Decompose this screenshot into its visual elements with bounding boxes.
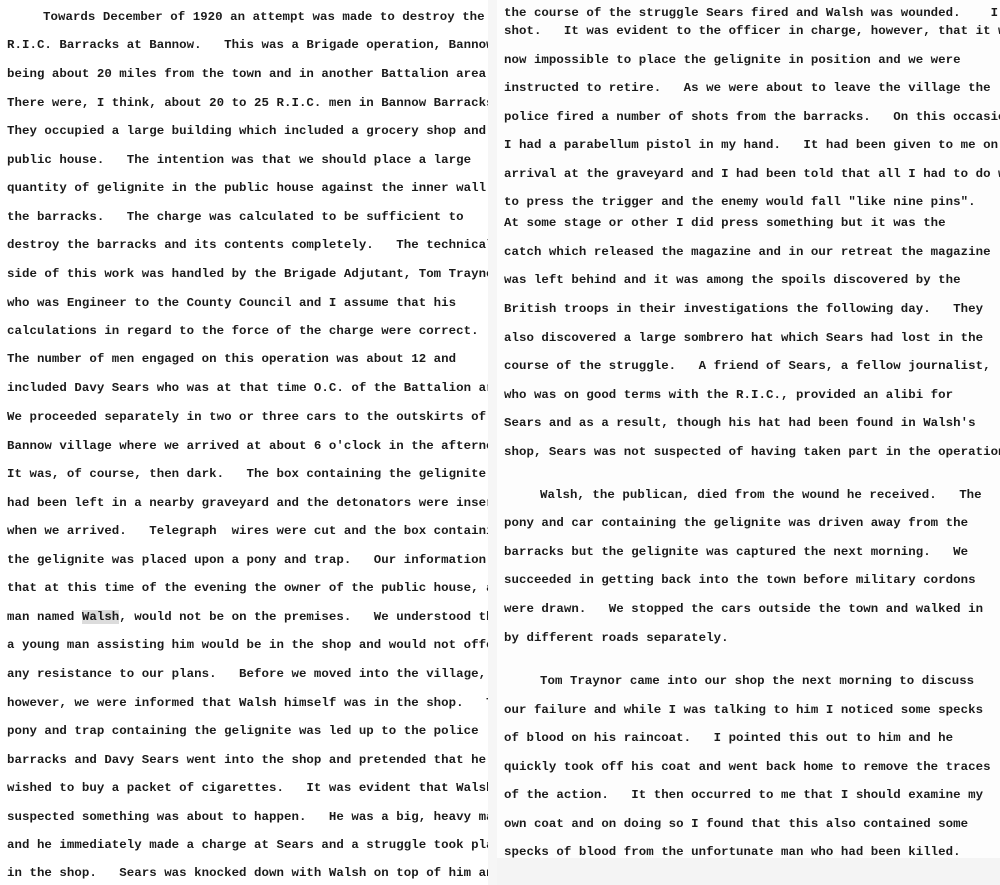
text-line: the gelignite was placed upon a pony and… (7, 551, 509, 569)
text-line: by different roads separately. (504, 629, 729, 647)
text-line: wished to buy a packet of cigarettes. It… (7, 779, 494, 797)
text-line: I had a parabellum pistol in my hand. It… (504, 136, 998, 154)
text-line: a young man assisting him would be in th… (7, 636, 501, 654)
text-line: side of this work was handled by the Bri… (7, 265, 509, 283)
text-line: Sears and as a result, though his hat ha… (504, 414, 976, 432)
text-line: in the shop. Sears was knocked down with… (7, 864, 516, 882)
text-line: They occupied a large building which inc… (7, 122, 486, 140)
page-bottom-margin (497, 858, 1000, 885)
text-line: own coat and on doing so I found that th… (504, 815, 968, 833)
text-line: of the action. It then occurred to me th… (504, 786, 983, 804)
text-line: At some stage or other I did press somet… (504, 214, 946, 232)
text-line: Bannow village where we arrived at about… (7, 437, 509, 455)
text-line: succeeded in getting back into the town … (504, 571, 976, 589)
text-line: when we arrived. Telegraph wires were cu… (7, 522, 509, 540)
text-line: pony and car containing the gelignite wa… (504, 514, 968, 532)
document-page-right: the course of the struggle Sears fired a… (497, 0, 1000, 860)
text-line: that at this time of the evening the own… (7, 579, 494, 597)
text-line: the course of the struggle Sears fired a… (504, 4, 998, 22)
text-line: It was, of course, then dark. The box co… (7, 465, 486, 483)
text-segment: man named (7, 610, 82, 624)
text-line: Towards December of 1920 an attempt was … (43, 8, 485, 26)
text-line: There were, I think, about 20 to 25 R.I.… (7, 94, 501, 112)
column-gutter (488, 0, 497, 885)
text-line: however, we were informed that Walsh him… (7, 694, 509, 712)
text-line: also discovered a large sombrero hat whi… (504, 329, 983, 347)
text-line: quantity of gelignite in the public hous… (7, 179, 509, 197)
text-line: barracks and Davy Sears went into the sh… (7, 751, 486, 769)
text-line: who was on good terms with the R.I.C., p… (504, 386, 953, 404)
text-line: calculations in regard to the force of t… (7, 322, 479, 340)
text-line: and he immediately made a charge at Sear… (7, 836, 509, 854)
text-line: suspected something was about to happen.… (7, 808, 501, 826)
text-line: We proceeded separately in two or three … (7, 408, 486, 426)
document-page-left: Towards December of 1920 an attempt was … (0, 0, 490, 885)
text-line: to press the trigger and the enemy would… (504, 193, 976, 211)
text-line: quickly took off his coat and went back … (504, 758, 991, 776)
text-line: British troops in their investigations t… (504, 300, 983, 318)
text-line: barracks but the gelignite was captured … (504, 543, 968, 561)
text-line: police fired a number of shots from the … (504, 108, 1000, 126)
text-segment: , would not be on the premises. We under… (119, 610, 508, 624)
text-line: arrival at the graveyard and I had been … (504, 165, 1000, 183)
text-line: being about 20 miles from the town and i… (7, 65, 494, 83)
text-line: had been left in a nearby graveyard and … (7, 494, 509, 512)
text-line: the barracks. The charge was calculated … (7, 208, 464, 226)
text-line: pony and trap containing the gelignite w… (7, 722, 479, 740)
text-line: shot. It was evident to the officer in c… (504, 22, 1000, 40)
text-line: Tom Traynor came into our shop the next … (540, 672, 974, 690)
text-line: shop, Sears was not suspected of having … (504, 443, 1000, 461)
text-line: instructed to retire. As we were about t… (504, 79, 991, 97)
text-line: man named Walsh, would not be on the pre… (7, 608, 509, 626)
text-line: destroy the barracks and its contents co… (7, 236, 494, 254)
text-line: Walsh, the publican, died from the wound… (540, 486, 982, 504)
text-line: now impossible to place the gelignite in… (504, 51, 961, 69)
highlighted-word: Walsh (82, 610, 119, 624)
text-line: R.I.C. Barracks at Bannow. This was a Br… (7, 36, 494, 54)
text-line: was left behind and it was among the spo… (504, 271, 961, 289)
text-line: who was Engineer to the County Council a… (7, 294, 456, 312)
text-line: any resistance to our plans. Before we m… (7, 665, 486, 683)
text-line: included Davy Sears who was at that time… (7, 379, 509, 397)
text-line: were drawn. We stopped the cars outside … (504, 600, 983, 618)
text-line: The number of men engaged on this operat… (7, 350, 456, 368)
text-line: our failure and while I was talking to h… (504, 701, 983, 719)
text-line: catch which released the magazine and in… (504, 243, 991, 261)
text-line: public house. The intention was that we … (7, 151, 471, 169)
text-line: of blood on his raincoat. I pointed this… (504, 729, 953, 747)
text-line: course of the struggle. A friend of Sear… (504, 357, 991, 375)
